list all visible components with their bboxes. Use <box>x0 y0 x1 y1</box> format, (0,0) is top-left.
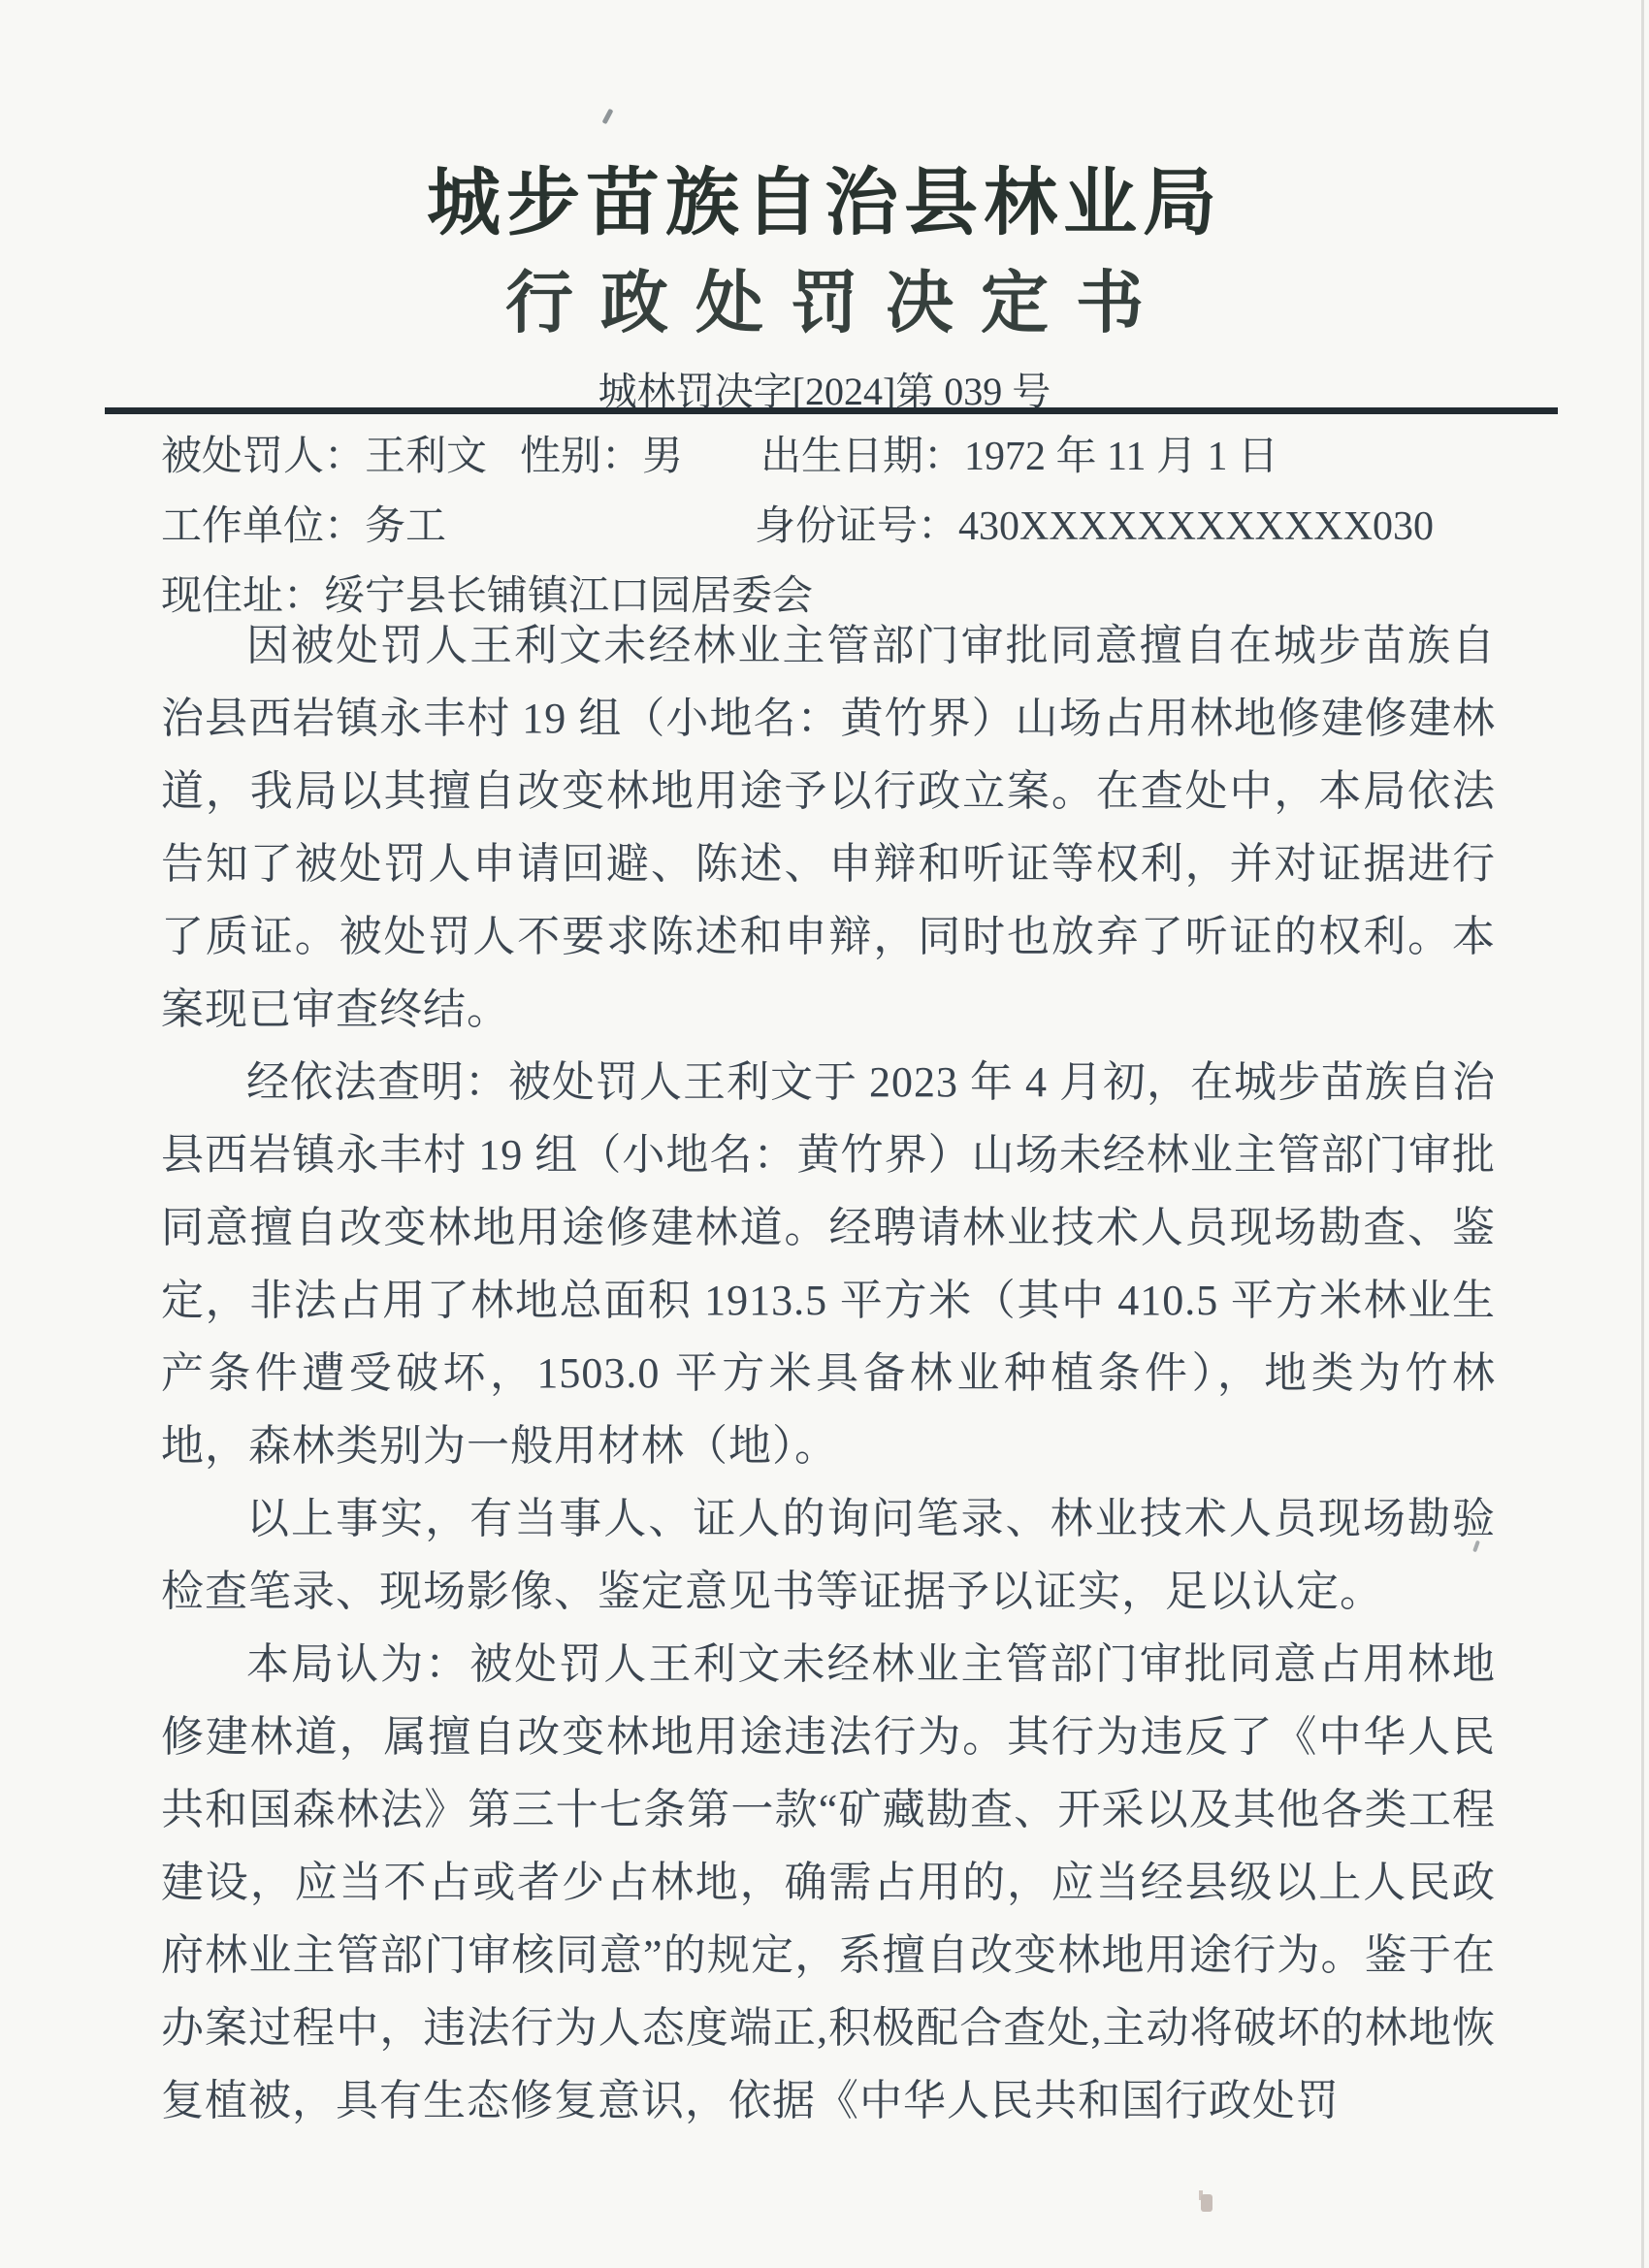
gender-field: 性别：男 <box>520 424 683 482</box>
paragraph-case-filing: 因被处罚人王利文未经林业主管部门审批同意擅自在城步苗族自治县西岩镇永丰村 19 … <box>161 609 1496 1046</box>
document-type-title: 行政处罚决定书 <box>0 248 1649 346</box>
id-number-field: 身份证号：430XXXXXXXXXXXX030 <box>755 494 1434 552</box>
paragraph-findings: 经依法查明：被处罚人王利文于 2023 年 4 月初，在城步苗族自治县西岩镇永丰… <box>161 1046 1496 1482</box>
penalized-person-field: 被处罚人：王利文 <box>161 424 487 482</box>
subject-info-section: 被处罚人：王利文 性别：男 出生日期：1972 年 11 月 1 日 工作单位：… <box>161 424 1538 633</box>
subject-row-2: 工作单位：务工 身份证号：430XXXXXXXXXXXX030 <box>161 494 1538 564</box>
paragraph-legal-opinion: 本局认为：被处罚人王利文未经林业主管部门审批同意占用林地修建林道，属擅自改变林地… <box>161 1628 1496 2137</box>
birth-date-field: 出生日期：1972 年 11 月 1 日 <box>760 424 1278 482</box>
scan-speck-top <box>602 109 614 124</box>
employer-field: 工作单位：务工 <box>161 494 446 552</box>
subject-row-1: 被处罚人：王利文 性别：男 出生日期：1972 年 11 月 1 日 <box>161 424 1538 494</box>
paragraph-evidence: 以上事实，有当事人、证人的询问笔录、林业技术人员现场勘验检查笔录、现场影像、鉴定… <box>161 1482 1496 1628</box>
scanned-penalty-decision-page: 城步苗族自治县林业局 行政处罚决定书 城林罚决字[2024]第 039 号 被处… <box>0 0 1649 2268</box>
decision-body: 因被处罚人王利文未经林业主管部门审批同意擅自在城步苗族自治县西岩镇永丰村 19 … <box>161 609 1496 2137</box>
agency-title: 城步苗族自治县林业局 <box>0 144 1649 249</box>
header-divider-rule <box>105 407 1558 414</box>
scan-smudge-bottom <box>1201 2194 1212 2212</box>
